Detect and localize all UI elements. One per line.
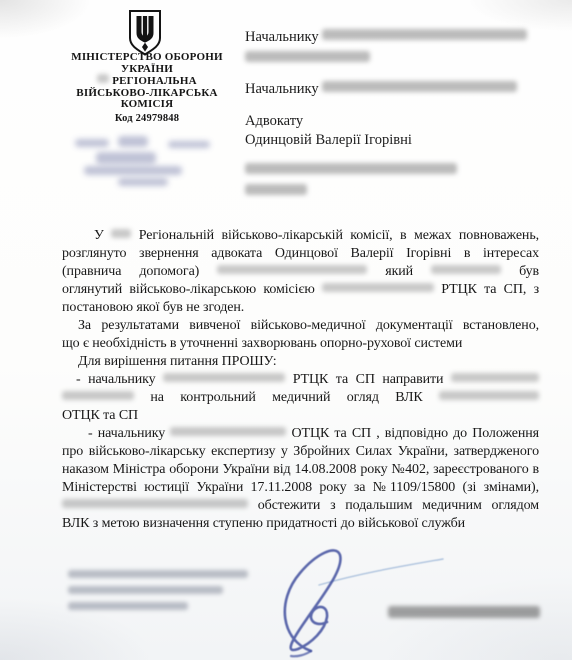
text-run: обстежити з подальшим медичним оглядом: [258, 498, 539, 513]
text-run: який: [385, 264, 413, 279]
signer-name-line-redacted: [388, 606, 540, 618]
redacted-text: [439, 391, 539, 400]
body-line: розглянуто звернення адвоката Одинцової …: [62, 245, 539, 263]
body-line: постановою якої був не згоден.: [62, 299, 539, 317]
redacted-text: [111, 229, 131, 238]
text-run: ВЛК з метою визначення ступеню придатнос…: [62, 516, 465, 531]
body-line: У Регіональній військово-лікарській комі…: [62, 227, 539, 245]
body-line: про військово-лікарську експертизу у Збр…: [62, 443, 539, 461]
signer-title-line-redacted: [68, 586, 223, 594]
text-run: був: [519, 264, 539, 279]
signer-title-line-redacted: [68, 570, 248, 578]
body-line: За результатами вивченої військово-медич…: [62, 317, 539, 335]
redacted-text: [245, 51, 370, 62]
text-run: що є необхідність в уточненні захворюван…: [62, 336, 462, 351]
text-run: наказом Міністра оборони України від 14.…: [62, 462, 539, 477]
body-line: на контрольний медичний огляд ВЛК: [62, 389, 539, 407]
letterhead: МІНІСТЕРСТВО ОБОРОНИ УКРАЇНИ РЕГІОНАЛЬНА…: [38, 52, 256, 124]
redacted-text: [322, 81, 517, 92]
redacted-text: [62, 391, 134, 400]
handwritten-mark-redacted: [168, 141, 210, 148]
body-line: ВЛК з метою визначення ступеню придатнос…: [62, 515, 539, 533]
text-run: УКРАЇНИ: [121, 63, 173, 75]
text-run: про військово-лікарську експертизу у Збр…: [62, 444, 539, 459]
text-run: Міністерстві юстиції України 17.11.2008 …: [62, 480, 539, 495]
body-line: - начальнику РТЦК та СП направити: [62, 371, 539, 389]
text-run: Регіональній військово-лікарській комісі…: [139, 228, 539, 243]
text-run: РТЦК та СП, з: [441, 282, 539, 297]
text-run: Начальнику: [245, 81, 319, 97]
redacted-text: [451, 373, 539, 382]
handwritten-mark-redacted: [84, 166, 182, 175]
recipient-line: Начальнику: [245, 28, 563, 47]
redacted-text: [245, 163, 457, 174]
text-run: розглянуто звернення адвоката Одинцової …: [62, 246, 539, 261]
text-run: КОМІСІЯ: [121, 98, 174, 110]
body-line: ОТЦК та СП: [62, 407, 539, 425]
letterhead-line: Код 24979848: [38, 113, 256, 125]
text-run: - начальнику: [76, 372, 156, 387]
body-line: що є необхідність в уточненні захворюван…: [62, 335, 539, 353]
body-line: (правнича допомога) який був: [62, 263, 539, 281]
body-line: оглянутий військово-лікарською комісією …: [62, 281, 539, 299]
recipient-line: Адвокату: [245, 112, 563, 131]
handwritten-mark-redacted: [118, 136, 148, 147]
text-run: Одинцовій Валерії Ігорівні: [245, 132, 412, 148]
letterhead-line: УКРАЇНИ: [38, 64, 256, 76]
text-run: Адвокату: [245, 113, 303, 129]
redacted-text: [170, 427, 286, 436]
document-page: МІНІСТЕРСТВО ОБОРОНИ УКРАЇНИ РЕГІОНАЛЬНА…: [0, 0, 572, 660]
text-run: МІНІСТЕРСТВО ОБОРОНИ: [71, 51, 223, 63]
signature-mark: [233, 543, 447, 658]
body-line: Міністерстві юстиції України 17.11.2008 …: [62, 479, 539, 497]
handwritten-mark-redacted: [96, 152, 156, 164]
text-run: За результатами вивченої військово-медич…: [78, 318, 539, 333]
text-run: У: [94, 228, 104, 243]
text-run: ВІЙСЬКОВО-ЛІКАРСЬКА: [76, 87, 217, 99]
text-run: Начальнику: [245, 29, 319, 45]
redacted-text: [62, 499, 248, 508]
text-run: ОТЦК та СП , відповідно до Положення: [292, 426, 539, 441]
text-run: - начальнику: [88, 426, 165, 441]
text-run: оглянутий військово-лікарською комісією: [62, 282, 315, 297]
recipient-line: Одинцовій Валерії Ігорівні: [245, 131, 563, 150]
text-run: РЕГІОНАЛЬНА: [112, 75, 197, 87]
trident-emblem-icon: [127, 10, 163, 56]
body-line: Для вирішення питання ПРОШУ:: [62, 353, 539, 371]
redacted-text: [163, 373, 285, 382]
text-run: на контрольний медичний огляд ВЛК: [150, 390, 422, 405]
redacted-text: [322, 29, 527, 40]
text-run: ОТЦК та СП: [62, 408, 138, 423]
body-line: обстежити з подальшим медичним оглядом: [62, 497, 539, 515]
recipient-line: [245, 183, 563, 202]
recipient-line: [245, 162, 563, 181]
text-run: (правнича допомога): [62, 264, 199, 279]
text-run: Для вирішення питання ПРОШУ:: [78, 354, 277, 369]
body-line: - начальнику ОТЦК та СП , відповідно до …: [62, 425, 539, 443]
recipients-block: Начальнику Начальнику Адвокату Одинцовій…: [245, 28, 563, 202]
recipient-line: Начальнику: [245, 80, 563, 99]
redacted-text: [97, 74, 109, 83]
redacted-text: [322, 283, 434, 292]
redacted-text: [431, 265, 501, 274]
text-run: постановою якої був не згоден.: [62, 300, 244, 315]
signer-title-line-redacted: [68, 602, 188, 610]
letterhead-line: КОМІСІЯ: [38, 99, 256, 111]
text-run: РТЦК та СП направити: [293, 372, 444, 387]
handwritten-mark-redacted: [118, 178, 168, 186]
handwritten-mark-redacted: [75, 139, 109, 147]
redacted-text: [245, 184, 307, 195]
redacted-text: [217, 265, 367, 274]
body-line: наказом Міністра оборони України від 14.…: [62, 461, 539, 479]
recipient-line: [245, 50, 563, 69]
letter-body: У Регіональній військово-лікарській комі…: [62, 227, 539, 533]
text-run: Код 24979848: [115, 113, 179, 124]
